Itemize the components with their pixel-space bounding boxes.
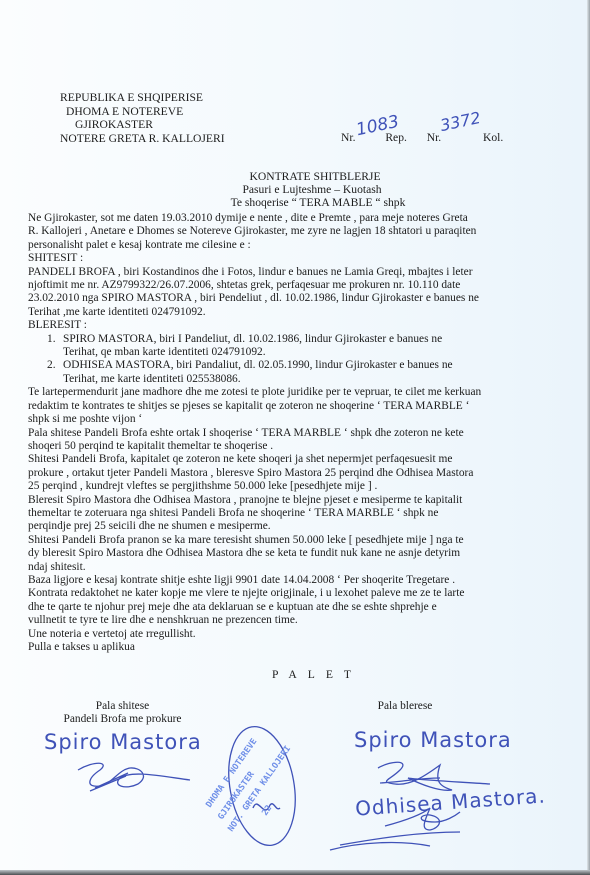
buyer-item: 2. ODHISEA MASTORA, biri Pandaliut, dl. …	[28, 359, 568, 386]
clause-line: themeltar te zoteruara nga shitesi Pande…	[28, 507, 568, 520]
clause-line: Pulla e takses u aplikua	[28, 641, 568, 654]
buyer-line: Terihat, qe mban karte identiteti 024791…	[63, 346, 568, 359]
seller-line: Terihat ,me karte identiteti 024791092.	[28, 306, 568, 319]
intro-line: Ne Gjirokaster, sot me daten 19.03.2010 …	[28, 212, 568, 225]
seller-line: 23.02.2010 nga SPIRO MASTORA , biri Pend…	[28, 292, 568, 305]
header-line-notary: NOTERE GRETA R. KALLOJERI	[57, 132, 225, 146]
clause-line: perqindje prej 25 seicili dhe ne shumen …	[28, 520, 568, 533]
kol-label: Kol.	[483, 131, 503, 144]
clause-line: Shitesi Pandeli Brofa pranon se ka mare …	[28, 534, 568, 547]
seller-line: njoftimit me nr. AZ9799322/26.07.2006, s…	[28, 279, 568, 292]
buyer-number: 1.	[47, 333, 56, 346]
title-company: Te shoqerise “ TERA MABLE “ shpk	[0, 196, 590, 209]
clause-line: Te lartepermendurit jane madhore dhe me …	[28, 386, 568, 399]
clause-line: prokure , ortakut tjeter Pandeli Mastora…	[28, 467, 568, 480]
scanned-contract-page: REPUBLIKA E SHQIPERISE DHOMA E NOTEREVE …	[0, 0, 590, 875]
buyer-line: SPIRO MASTORA, biri I Pandeliut, dl. 10.…	[63, 333, 568, 346]
seller-party-block: Pala shitese Pandeli Brofa me prokure	[55, 700, 190, 727]
clause-line: dy bleresit Spiro Mastora dhe Odhisea Ma…	[28, 547, 568, 560]
buyer-line: Terihat, me karte identiteti 025538086.	[63, 373, 568, 386]
seller-handwritten-name: Spiro Mastora	[44, 730, 202, 754]
clause-line: Shitesi Pandeli Brofa, kapitalet qe zote…	[28, 453, 568, 466]
buyer1-handwritten-name: Spiro Mastora	[354, 728, 512, 752]
clause-line: Kontrata redaktohet ne kater kopje me vl…	[28, 587, 568, 600]
clause-line: 25 perqind , kundrejt vleftes se pergjit…	[28, 480, 568, 493]
stamp-line-1: DHOMA E NOTEREVE	[204, 737, 259, 810]
clause-line: vullnetit te tyre te lire dhe e nenshkru…	[28, 614, 568, 627]
seller-party-label: Pala shitese	[55, 700, 190, 713]
buyer-party-label: Pala blerese	[360, 700, 450, 713]
buyer-item: 1. SPIRO MASTORA, biri I Pandeliut, dl. …	[28, 333, 568, 360]
seller-party-sublabel: Pandeli Brofa me prokure	[55, 713, 190, 726]
notary-header: REPUBLIKA E SHQIPERISE DHOMA E NOTEREVE …	[57, 91, 225, 145]
seller-signature	[78, 763, 190, 791]
stamp-text: DHOMA E NOTEREVE GJIROKASTER NOT. GRETA …	[204, 737, 293, 834]
scan-edge-bottom	[0, 870, 590, 875]
clause-line: dhe te qarte te njohur prej meje dhe ata…	[28, 601, 568, 614]
contract-title: KONTRATE SHITBLERJE Pasuri e Lujteshme –…	[0, 170, 590, 209]
clause-line: shpk si me poshte vijon ‘	[28, 413, 568, 426]
clause-line: redaktim te kontrates te shitjes se pjes…	[28, 400, 568, 413]
contract-body: Ne Gjirokaster, sot me daten 19.03.2010 …	[28, 212, 568, 654]
nr-label-2: Nr.	[427, 131, 442, 144]
title-main: KONTRATE SHITBLERJE	[0, 170, 590, 183]
clause-line: Baza ligjore e kesaj kontrate shitje esh…	[28, 574, 568, 587]
stamp-line-3: NOT. GRETA KALLOJERI	[226, 744, 293, 834]
stamp-line-2: GJIROKASTER	[216, 769, 257, 822]
header-line-chamber: DHOMA E NOTEREVE	[57, 105, 225, 119]
buyer-party-block: Pala blerese	[360, 700, 450, 713]
buyer2-handwritten-name: Odhisea Mastora.	[354, 783, 546, 820]
buyer1-signature	[378, 762, 490, 790]
buyer-line: ODHISEA MASTORA, biri Pandaliut, dl. 02.…	[63, 359, 568, 372]
nr-label: Nr.	[341, 131, 356, 144]
clause-line: Pala shitese Pandeli Brofa eshte ortak I…	[28, 427, 568, 440]
sellers-heading: SHITESIT :	[28, 252, 568, 265]
clause-line: Une noteria e vertetoj ate rregullisht.	[28, 628, 568, 641]
buyers-list: 1. SPIRO MASTORA, biri I Pandeliut, dl. …	[28, 333, 568, 387]
stamp-number: 22	[260, 804, 274, 818]
seller-line: PANDELI BROFA , biri Kostandinos dhe i F…	[28, 266, 568, 279]
buyers-heading: BLERESIT :	[28, 319, 568, 332]
buyer-number: 2.	[47, 359, 56, 372]
title-subtitle: Pasuri e Lujteshme – Kuotash	[0, 183, 590, 196]
parties-heading: PALET	[0, 668, 590, 681]
contract-clauses: Te lartepermendurit jane madhore dhe me …	[28, 386, 568, 654]
intro-line: personalisht palet e kesaj kontrate me c…	[28, 239, 568, 252]
clause-line: shoqeri 50 perqind te kapitalit themelta…	[28, 440, 568, 453]
clause-line: Bleresit Spiro Mastora dhe Odhisea Masto…	[28, 494, 568, 507]
notary-stamp	[220, 721, 304, 850]
header-line-city: GJIROKASTER	[57, 118, 225, 132]
header-line-republic: REPUBLIKA E SHQIPERISE	[57, 91, 225, 105]
intro-line: R. Kallojeri , Anetare e Dhomes se Noter…	[28, 225, 568, 238]
clause-line: ndaj shitesit.	[28, 561, 568, 574]
